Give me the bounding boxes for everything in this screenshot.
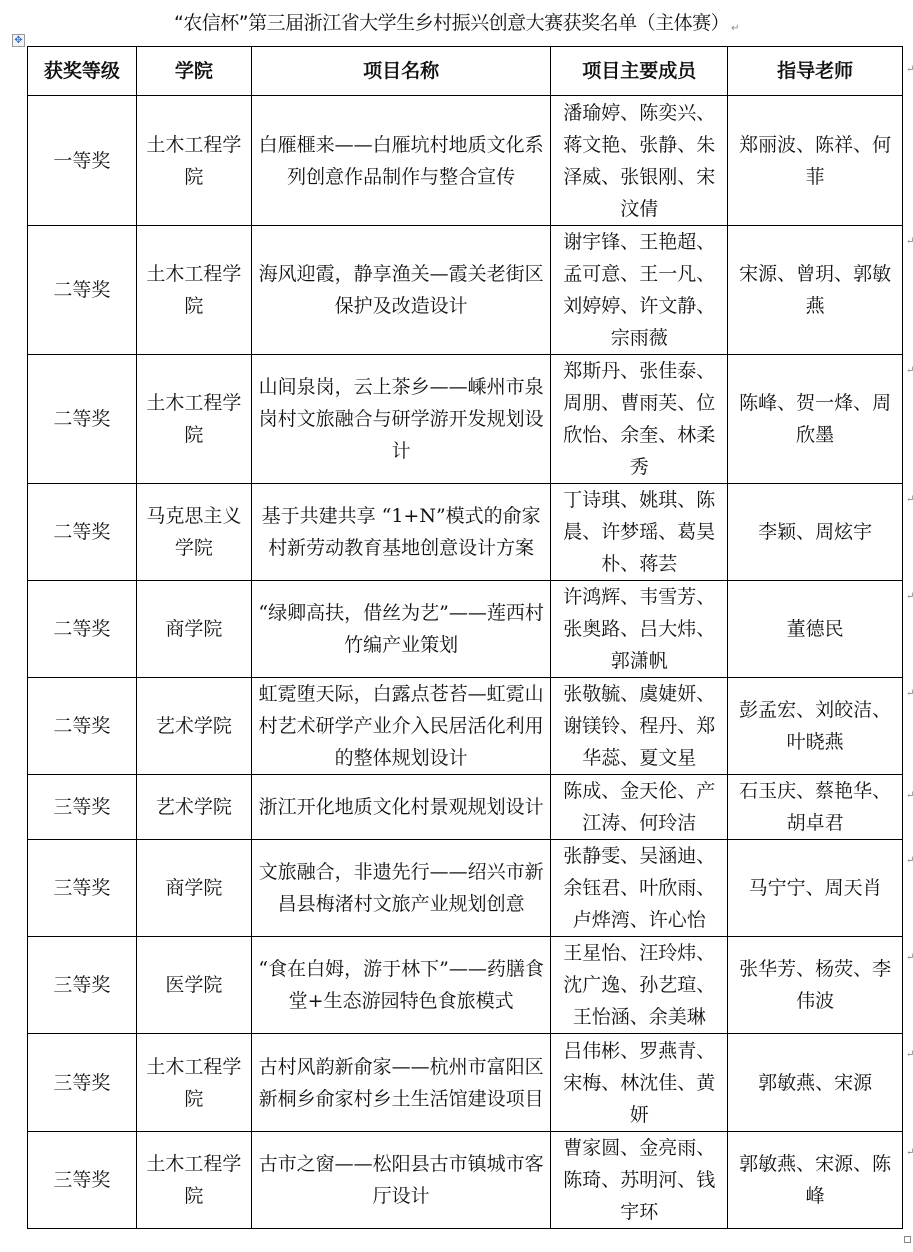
- table-row: 一等奖 土木工程学院 白雁榧来——白雁坑村地质文化系列创意作品制作与整合宣传 潘…: [28, 96, 903, 226]
- table-row: 二等奖 商学院 “绿卿高扶，借丝为艺”——莲西村竹编产业策划 许鸿辉、韦雪芳、张…: [28, 581, 903, 678]
- cell-members: 吕伟彬、罗燕青、宋梅、林沈佳、黄妍: [551, 1034, 728, 1132]
- cell-advisors: 李颖、周炫宇: [728, 484, 903, 581]
- cell-advisors: 石玉庆、蔡艳华、胡卓君: [728, 775, 903, 840]
- cell-advisors: 宋源、曾玥、郭敏燕: [728, 226, 903, 355]
- cell-school: 医学院: [136, 937, 251, 1034]
- cell-project: 海风迎霞，静享渔关—霞关老街区保护及改造设计: [251, 226, 550, 355]
- cell-project: 古村风韵新俞家——杭州市富阳区新桐乡俞家村乡土生活馆建设项目: [251, 1034, 550, 1132]
- cell-school: 艺术学院: [136, 775, 251, 840]
- row-end-mark-icon: ↵: [906, 64, 913, 75]
- row-end-mark-icon: ↵: [906, 236, 913, 247]
- cell-members: 丁诗琪、姚琪、陈晨、许梦瑶、葛昊朴、蒋芸: [551, 484, 728, 581]
- header-school: 学院: [136, 47, 251, 96]
- cell-members: 张敬毓、虞婕妍、谢镁铃、程丹、郑华蕊、夏文星: [551, 678, 728, 775]
- cell-advisors: 彭孟宏、刘皎洁、叶晓燕: [728, 678, 903, 775]
- cell-advisors: 郑丽波、陈祥、何菲: [728, 96, 903, 226]
- table-row: 三等奖 医学院 “食在白姆，游于林下”——药膳食堂+生态游园特色食旅模式 王星怡…: [28, 937, 903, 1034]
- table-row: 三等奖 艺术学院 浙江开化地质文化村景观规划设计 陈成、金天伦、产江涛、何玲洁 …: [28, 775, 903, 840]
- row-end-mark-icon: ↵: [906, 365, 913, 376]
- row-end-mark-icon: ↵: [906, 688, 913, 699]
- cell-project: 白雁榧来——白雁坑村地质文化系列创意作品制作与整合宣传: [251, 96, 550, 226]
- cell-level: 三等奖: [28, 937, 137, 1034]
- cell-advisors: 马宁宁、周天肖: [728, 840, 903, 937]
- cell-level: 二等奖: [28, 355, 137, 484]
- cell-members: 曹家圆、金亮雨、陈琦、苏明河、钱宇环: [551, 1132, 728, 1229]
- cell-project: 虹霓堕天际，白露点苍苔—虹霓山村艺术研学产业介入民居活化利用的整体规划设计: [251, 678, 550, 775]
- paragraph-mark-icon: ↵: [731, 23, 739, 34]
- cell-members: 王星怡、汪玲炜、沈广逸、孙艺瑄、王怡涵、余美琳: [551, 937, 728, 1034]
- cell-school: 土木工程学院: [136, 96, 251, 226]
- cell-project: 山间泉岗，云上茶乡——嵊州市泉岗村文旅融合与研学游开发规划设计: [251, 355, 550, 484]
- table-resize-handle[interactable]: [904, 1236, 911, 1243]
- cell-school: 商学院: [136, 581, 251, 678]
- cell-members: 郑斯丹、张佳泰、周朋、曹雨芙、位欣怡、余奎、林柔秀: [551, 355, 728, 484]
- row-end-mark-icon: ↵: [906, 790, 913, 801]
- table-row: 二等奖 土木工程学院 海风迎霞，静享渔关—霞关老街区保护及改造设计 谢宇锋、王艳…: [28, 226, 903, 355]
- cell-members: 谢宇锋、王艳超、孟可意、王一凡、刘婷婷、许文静、宗雨薇: [551, 226, 728, 355]
- cell-project: 古市之窗——松阳县古市镇城市客厅设计: [251, 1132, 550, 1229]
- cell-members: 张静雯、吴涵迪、余钰君、叶欣雨、卢烨湾、许心怡: [551, 840, 728, 937]
- header-award-level: 获奖等级: [28, 47, 137, 96]
- cell-school: 马克思主义学院: [136, 484, 251, 581]
- row-end-mark-icon: ↵: [906, 855, 913, 866]
- cell-project: “绿卿高扶，借丝为艺”——莲西村竹编产业策划: [251, 581, 550, 678]
- cell-members: 潘瑜婷、陈奕兴、蒋文艳、张静、朱泽威、张银刚、宋汶倩: [551, 96, 728, 226]
- cell-level: 三等奖: [28, 1132, 137, 1229]
- table-row: 二等奖 艺术学院 虹霓堕天际，白露点苍苔—虹霓山村艺术研学产业介入民居活化利用的…: [28, 678, 903, 775]
- cell-advisors: 董德民: [728, 581, 903, 678]
- header-members: 项目主要成员: [551, 47, 728, 96]
- cell-advisors: 张华芳、杨荧、李伟波: [728, 937, 903, 1034]
- cell-level: 二等奖: [28, 226, 137, 355]
- table-row: 二等奖 马克思主义学院 基于共建共享 “1+N”模式的俞家村新劳动教育基地创意设…: [28, 484, 903, 581]
- table-row: 三等奖 商学院 文旅融合，非遗先行——绍兴市新昌县梅渚村文旅产业规划创意 张静雯…: [28, 840, 903, 937]
- document-title: “农信杯”第三届浙江省大学生乡村振兴创意大赛获奖名单（主体赛）↵: [0, 8, 913, 35]
- cell-advisors: 陈峰、贺一烽、周欣墨: [728, 355, 903, 484]
- cell-level: 三等奖: [28, 775, 137, 840]
- cell-school: 土木工程学院: [136, 226, 251, 355]
- document-title-text: “农信杯”第三届浙江省大学生乡村振兴创意大赛获奖名单（主体赛）: [174, 12, 729, 34]
- table-header-row: 获奖等级 学院 项目名称 项目主要成员 指导老师: [28, 47, 903, 96]
- cell-level: 一等奖: [28, 96, 137, 226]
- row-end-mark-icon: ↵: [906, 494, 913, 505]
- table-row: 三等奖 土木工程学院 古市之窗——松阳县古市镇城市客厅设计 曹家圆、金亮雨、陈琦…: [28, 1132, 903, 1229]
- cell-level: 三等奖: [28, 840, 137, 937]
- table-row: 二等奖 土木工程学院 山间泉岗，云上茶乡——嵊州市泉岗村文旅融合与研学游开发规划…: [28, 355, 903, 484]
- cell-members: 许鸿辉、韦雪芳、张奥路、吕大炜、郭潇帆: [551, 581, 728, 678]
- row-end-mark-icon: ↵: [906, 591, 913, 602]
- cell-level: 二等奖: [28, 484, 137, 581]
- award-table: 获奖等级 学院 项目名称 项目主要成员 指导老师 一等奖 土木工程学院 白雁榧来…: [27, 46, 903, 1229]
- cell-project: 浙江开化地质文化村景观规划设计: [251, 775, 550, 840]
- row-end-mark-icon: ↵: [906, 952, 913, 963]
- cell-school: 土木工程学院: [136, 1132, 251, 1229]
- cell-project: “食在白姆，游于林下”——药膳食堂+生态游园特色食旅模式: [251, 937, 550, 1034]
- cell-project: 基于共建共享 “1+N”模式的俞家村新劳动教育基地创意设计方案: [251, 484, 550, 581]
- row-end-mark-icon: ↵: [906, 1049, 913, 1060]
- table-row: 三等奖 土木工程学院 古村风韵新俞家——杭州市富阳区新桐乡俞家村乡土生活馆建设项…: [28, 1034, 903, 1132]
- cell-level: 二等奖: [28, 678, 137, 775]
- table-move-handle-icon[interactable]: ✥: [12, 34, 25, 47]
- cell-school: 土木工程学院: [136, 1034, 251, 1132]
- header-project-name: 项目名称: [251, 47, 550, 96]
- cell-advisors: 郭敏燕、宋源、陈峰: [728, 1132, 903, 1229]
- cell-project: 文旅融合，非遗先行——绍兴市新昌县梅渚村文旅产业规划创意: [251, 840, 550, 937]
- cell-school: 商学院: [136, 840, 251, 937]
- cell-members: 陈成、金天伦、产江涛、何玲洁: [551, 775, 728, 840]
- cell-school: 艺术学院: [136, 678, 251, 775]
- cell-level: 二等奖: [28, 581, 137, 678]
- header-advisors: 指导老师: [728, 47, 903, 96]
- cell-advisors: 郭敏燕、宋源: [728, 1034, 903, 1132]
- cell-school: 土木工程学院: [136, 355, 251, 484]
- cell-level: 三等奖: [28, 1034, 137, 1132]
- row-end-mark-icon: ↵: [906, 1147, 913, 1158]
